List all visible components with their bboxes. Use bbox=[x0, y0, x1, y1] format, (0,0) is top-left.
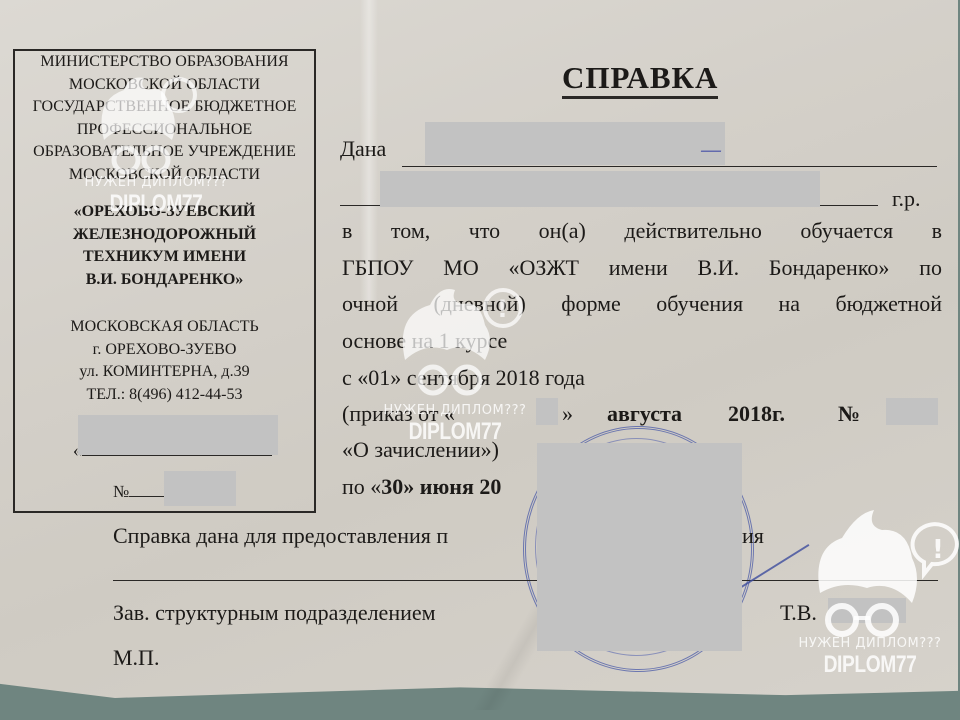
date-blank bbox=[82, 455, 272, 456]
order-quote-close: » bbox=[562, 401, 573, 427]
svg-text:!: ! bbox=[932, 535, 944, 565]
seal-placeholder: М.П. bbox=[113, 645, 159, 671]
watermark-logo-icon: ! bbox=[812, 508, 960, 638]
school-line: ЖЕЛЕЗНОДОРОЖНЫЙ bbox=[15, 224, 314, 247]
handwriting-stroke: — bbox=[700, 138, 722, 163]
redaction-birth bbox=[380, 171, 820, 207]
watermark-tagline: НУЖЕН ДИПЛОМ??? bbox=[790, 636, 950, 651]
redaction-issue-date bbox=[78, 415, 278, 455]
until-month-year: » июня 20 bbox=[403, 474, 501, 499]
order-month: августа bbox=[607, 401, 682, 427]
until-date: по «30» июня 20 bbox=[342, 474, 501, 500]
until-prefix: по « bbox=[342, 474, 381, 499]
address-line: г. ОРЕХОВО-ЗУЕВО bbox=[15, 339, 314, 362]
watermark-brand: DIPLOM77 bbox=[806, 651, 934, 679]
watermark-brand: DIPLOM77 bbox=[383, 418, 527, 446]
address-line: ул. КОМИНТЕРНА, д.39 bbox=[15, 361, 314, 384]
order-year: 2018г. bbox=[728, 401, 785, 427]
birth-year-suffix: г.р. bbox=[892, 186, 921, 212]
body-line-1: в том, что он(а) действительно обучается… bbox=[342, 218, 942, 244]
number-sign: № bbox=[113, 482, 129, 501]
watermark: НУЖЕН ДИПЛОМ??? DIPLOM77 bbox=[790, 636, 950, 679]
redaction-name bbox=[425, 122, 725, 165]
phone-line: ТЕЛ.: 8(496) 412-44-53 bbox=[15, 384, 314, 407]
address-line: МОСКОВСКАЯ ОБЛАСТЬ bbox=[15, 316, 314, 339]
watermark: НУЖЕН ДИПЛОМ??? DIPLOM77 bbox=[365, 403, 545, 446]
purpose-tail: ия bbox=[742, 523, 764, 549]
address-block: МОСКОВСКАЯ ОБЛАСТЬ г. ОРЕХОВО-ЗУЕВО ул. … bbox=[15, 316, 314, 406]
name-line bbox=[402, 166, 937, 167]
watermark-brand: DIPLOM77 bbox=[84, 190, 228, 218]
watermark-tagline: НУЖЕН ДИПЛОМ??? bbox=[365, 403, 545, 418]
redaction-issue-number bbox=[164, 471, 236, 506]
order-number-sign: № bbox=[838, 401, 860, 427]
document-title: СПРАВКА bbox=[562, 60, 718, 99]
watermark-logo-icon bbox=[84, 70, 204, 180]
issued-to-label: Дана bbox=[340, 136, 386, 162]
watermark-logo-icon: ! bbox=[385, 280, 535, 400]
redaction-order-number bbox=[886, 398, 938, 425]
body-line-2: ГБПОУ МО «ОЗЖТ имени В.И. Бондаренко» по bbox=[342, 255, 942, 281]
until-day: 30 bbox=[381, 474, 403, 499]
svg-text:!: ! bbox=[497, 295, 508, 323]
head-title: Зав. структурным подразделением bbox=[113, 600, 436, 626]
school-line: ТЕХНИКУМ ИМЕНИ bbox=[15, 246, 314, 269]
watermark: НУЖЕН ДИПЛОМ??? DIPLOM77 bbox=[66, 175, 246, 218]
purpose-text: Справка дана для предоставления п bbox=[113, 523, 448, 549]
school-line: В.И. БОНДАРЕНКО» bbox=[15, 269, 314, 292]
watermark-tagline: НУЖЕН ДИПЛОМ??? bbox=[66, 175, 246, 190]
redaction-seal-signature bbox=[537, 443, 742, 651]
